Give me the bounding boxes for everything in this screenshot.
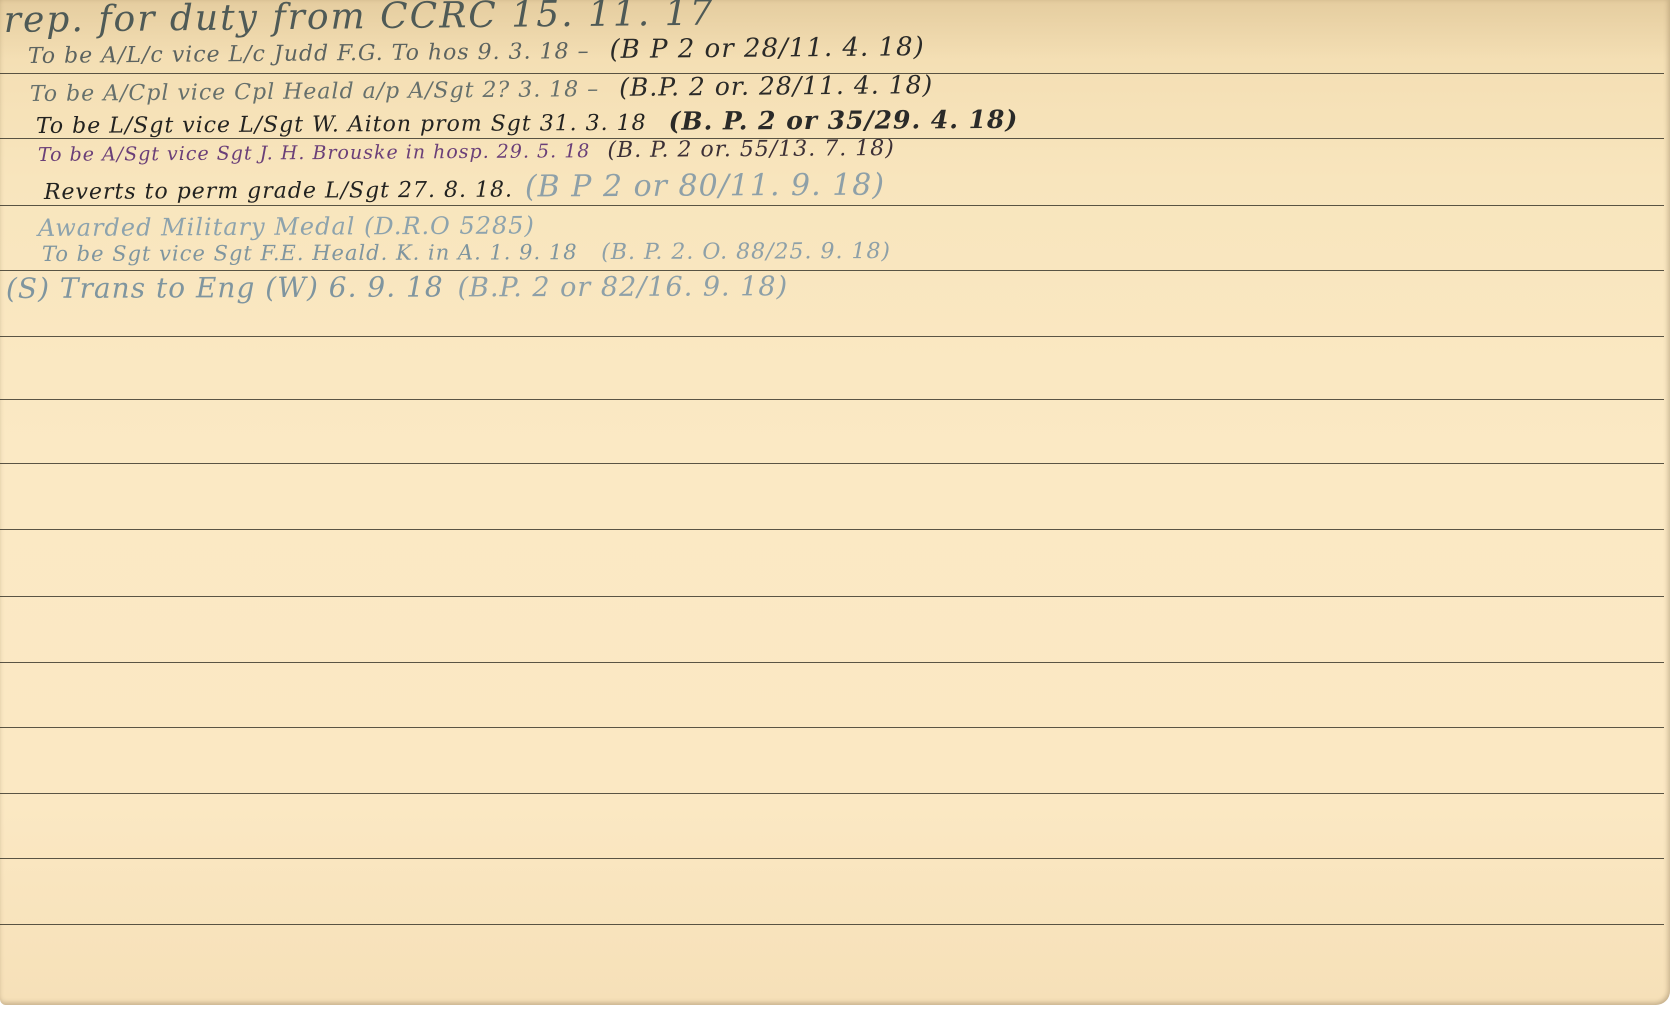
entry-reference: (B.P. 2 or. 28/11. 4. 18) [619, 70, 933, 102]
entry-reverts-perm-grade: Reverts to perm grade L/Sgt 27. 8. 18. (… [44, 168, 885, 207]
ruled-line [0, 529, 1664, 530]
entry-text: To be L/Sgt vice L/Sgt W. Aiton prom Sgt… [36, 111, 647, 139]
entry-reference: (B.P. 2 or 82/16. 9. 18) [457, 271, 788, 303]
ruled-line [0, 399, 1664, 400]
ruled-line [0, 596, 1664, 597]
ruled-line [0, 336, 1664, 337]
entry-appointed-a-sgt: To be A/Sgt vice Sgt J. H. Brouske in ho… [38, 136, 895, 167]
ruled-line [0, 662, 1664, 663]
entry-text: To be Sgt vice Sgt F.E. Heald. K. in A. … [42, 240, 578, 266]
entry-text: To be A/Cpl vice Cpl Heald a/p A/Sgt 2? … [30, 77, 600, 107]
entry-reference: (B. P. 2 or. 55/13. 7. 18) [607, 136, 895, 163]
entry-appointed-a-cpl: To be A/Cpl vice Cpl Heald a/p A/Sgt 2? … [30, 70, 934, 107]
entry-text: (S) Trans to Eng (W) 6. 9. 18 [6, 270, 444, 305]
service-record-card: rep. for duty from CCRC 15. 11. 17 To be… [0, 0, 1670, 1005]
entry-appointed-sgt: To be Sgt vice Sgt F.E. Heald. K. in A. … [42, 239, 891, 267]
entry-text: To be A/Sgt vice Sgt J. H. Brouske in ho… [38, 140, 591, 166]
entry-reference: (B. P. 2 or 35/29. 4. 18) [669, 105, 1019, 136]
ruled-line [0, 727, 1664, 728]
entry-text: Awarded Military Medal (D.R.O 5285) [38, 211, 535, 242]
entry-text: Reverts to perm grade L/Sgt 27. 8. 18. [44, 178, 513, 205]
entry-reference: (B P 2 or 80/11. 9. 18) [525, 168, 885, 205]
entry-reference: (B. P. 2. O. 88/25. 9. 18) [601, 239, 891, 265]
entry-appointed-l-sgt: To be L/Sgt vice L/Sgt W. Aiton prom Sgt… [36, 105, 1018, 139]
ruled-line [0, 858, 1664, 859]
entry-awarded-military-medal: Awarded Military Medal (D.R.O 5285) [38, 211, 535, 242]
ruled-line [0, 463, 1664, 464]
entry-reference: (B P 2 or 28/11. 4. 18) [609, 32, 924, 65]
ruled-line [0, 793, 1664, 794]
entry-appointed-a-lcpl: To be A/L/c vice L/c Judd F.G. To hos 9.… [28, 32, 925, 70]
entry-transferred-eng: (S) Trans to Eng (W) 6. 9. 18 (B.P. 2 or… [6, 269, 788, 305]
entry-text: To be A/L/c vice L/c Judd F.G. To hos 9.… [28, 39, 590, 69]
ruled-line [0, 924, 1664, 925]
